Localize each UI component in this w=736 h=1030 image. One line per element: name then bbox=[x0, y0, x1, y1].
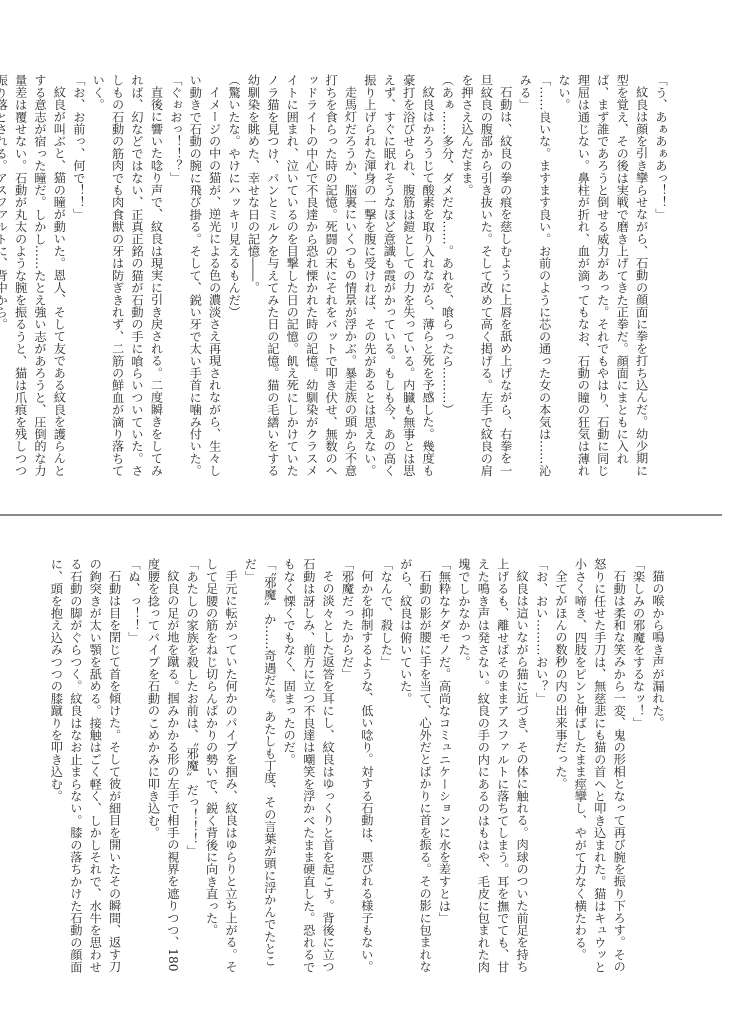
paragraph: 何かを抑制するような、低い唸り。対する石動は、悪びれる様子もない。 bbox=[357, 558, 376, 978]
paragraph: 「ぬ、っ！！」 bbox=[124, 558, 143, 978]
paragraph: 「なんで、殺した」 bbox=[376, 558, 395, 978]
paragraph: 「お、おい………おい？」 bbox=[531, 558, 550, 978]
paragraph: 「……良いな。ますます良い。お前のように芯の通った女の本気は……沁みる」 bbox=[515, 74, 554, 484]
paragraph: イメージの中の猫が、逆光による色の濃淡さえ再現されながら、生々しい動きで石動の腕… bbox=[185, 74, 224, 484]
paragraph: 全てがほんの数秒の内の出来事だった。 bbox=[551, 558, 570, 978]
paragraph: 「邪魔だったからだ」 bbox=[337, 558, 356, 978]
paragraph: 石動は、紋良の拳の痕を慈しむように上唇を舐め上げながら、右拳を一旦紋良の腹部から… bbox=[457, 74, 515, 484]
paragraph: 紋良はかろうじて酸素を取り入れながら、薄らと死を予感した。幾度も豪打を浴びせられ… bbox=[360, 74, 438, 484]
paragraph: その淡々とした返答を耳にし、紋良はゆっくりと首を起こす。背後に立つ石動は訝しみ、… bbox=[279, 558, 337, 978]
paragraph: 石動は柔和な笑みから一変、鬼の形相となって再び腕を振り下ろす。その怒りに任せた手… bbox=[570, 558, 628, 978]
paragraph: 石動の影が腰に手を当て、心外だとばかりに首を振る。その影に包まれながら、紋良は俯… bbox=[395, 558, 434, 978]
paragraph: 「あたしの家族を殺したお前は、〝邪魔〟だっ！！！」 bbox=[182, 558, 201, 978]
paragraph: 石動は目を閉じて首を傾けた。そして彼が細目を開いたその瞬間、返す刀の鉤突きが太い… bbox=[46, 558, 124, 978]
paragraph: 紋良は這いながら猫に近づき、その体に触れる。肉球のついた前足を持ち上げるも、離せ… bbox=[454, 558, 532, 978]
paragraph: （あぁ……多分、ダメだな……。あれを、喰らったら………） bbox=[437, 74, 456, 484]
top-page-text: 「う、あぁあぁあっ！！」紋良は顔を引き攣らせながら、石動の顔面に拳を打ち込んだ。… bbox=[110, 74, 670, 484]
paragraph: 走馬灯だろうか、脳裏にいくつもの情景が浮かぶ。暴走族の頭から不意打ちを食らった時… bbox=[243, 74, 359, 484]
paragraph: 紋良は顔を引き攣らせながら、石動の顔面に拳を打ち込んだ。幼少期に型を覚え、その後… bbox=[554, 74, 651, 484]
paragraph: 「楽しみの邪魔をするなッ！」 bbox=[628, 558, 647, 978]
paragraph: 「う、あぁあぁあっ！！」 bbox=[651, 74, 670, 484]
paragraph: 「ぐぉおっ！！？」 bbox=[165, 74, 184, 484]
paragraph: （驚いたな。やけにハッキリ見えるもんだ） bbox=[224, 74, 243, 484]
paragraph: 紋良の足が地を蹴る。掴みかかる形の左手で相手の視界を遮りつつ、180度腰を捻って… bbox=[143, 558, 182, 978]
page-divider bbox=[0, 514, 722, 516]
paragraph: 「無粋なケダモノだ。高尚なコミュニケーションに水を差すとは」 bbox=[434, 558, 453, 978]
paragraph: 手元に転がっていた何かのパイプを掴み、紋良はゆらりと立ち上がる。そして足腰の筋を… bbox=[201, 558, 240, 978]
bottom-page-text: 猫の喉から鳴き声が漏れた。「楽しみの邪魔をするなッ！」石動は柔和な笑みから一変、… bbox=[107, 558, 667, 978]
paragraph: 直後に響いた唸り声で、紋良は現実に引き戻される。二度瞬きをしてみれば、幻などでは… bbox=[88, 74, 166, 484]
paragraph: 猫の喉から鳴き声が漏れた。 bbox=[648, 558, 667, 978]
paragraph: 紋良が叫ぶと、猫の瞳が動いた。恩人、そして友である紋良を護らんとする意志が宿った… bbox=[0, 74, 68, 484]
paragraph: 「〝邪魔〟か……奇遇だな。あたしも丁度、その言葉が頭に浮かんでたとこだ」 bbox=[240, 558, 279, 978]
paragraph: 「お、お前っ、何で！！」 bbox=[68, 74, 87, 484]
